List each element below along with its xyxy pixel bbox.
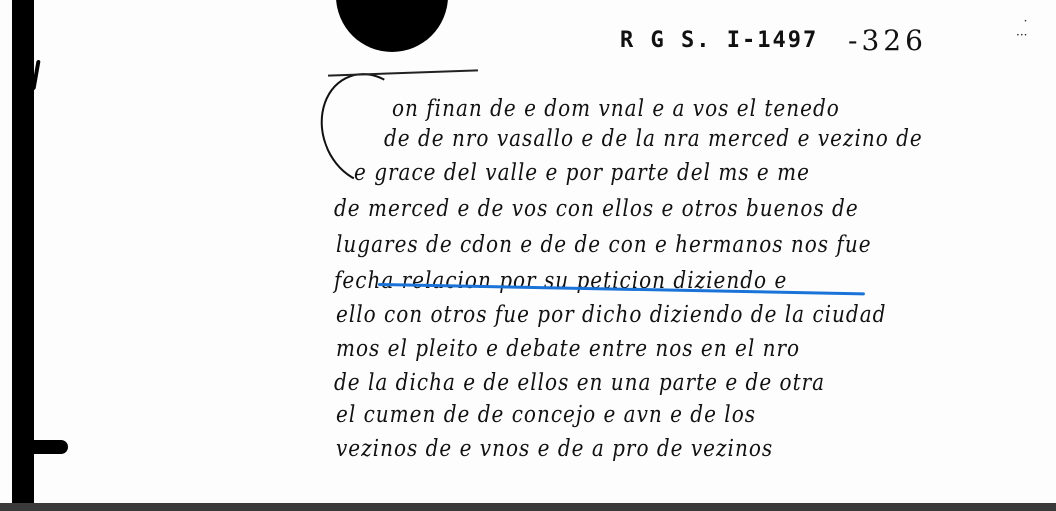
text-line: e grace del valle e por parte del ms e m… — [354, 158, 810, 186]
text-line: de merced e de vos con ellos e otros bue… — [334, 194, 859, 222]
archive-reference: R G S. I-1497 — [620, 28, 818, 53]
text-line: el cumen de de concejo e avn e de los — [336, 400, 756, 428]
text-line: ello con otros fue por dicho diziendo de… — [336, 300, 886, 328]
text-line: de la dicha e de ellos en una parte e de… — [334, 368, 825, 396]
corner-marks: ···· — [1016, 14, 1027, 42]
text-line: vezinos de e vnos e de a pro de vezinos — [336, 434, 773, 462]
manuscript-scan: R G S. I-1497 -326 ···· on finan de e do… — [0, 0, 1056, 511]
page-number: -326 — [848, 24, 927, 57]
text-line: de de nro vasallo e de la nra merced e v… — [384, 124, 923, 152]
text-line: on finan de e dom vnal e a vos el tenedo — [392, 94, 840, 122]
text-line: lugares de cdon e de de con e hermanos n… — [336, 230, 872, 258]
text-line: mos el pleito e debate entre nos en el n… — [336, 334, 800, 362]
decorated-initial-stroke — [328, 69, 478, 76]
left-binding-edge — [12, 0, 34, 504]
ink-blot — [336, 0, 448, 52]
bottom-frame-edge — [0, 503, 1056, 511]
left-edge-notch — [34, 440, 68, 454]
